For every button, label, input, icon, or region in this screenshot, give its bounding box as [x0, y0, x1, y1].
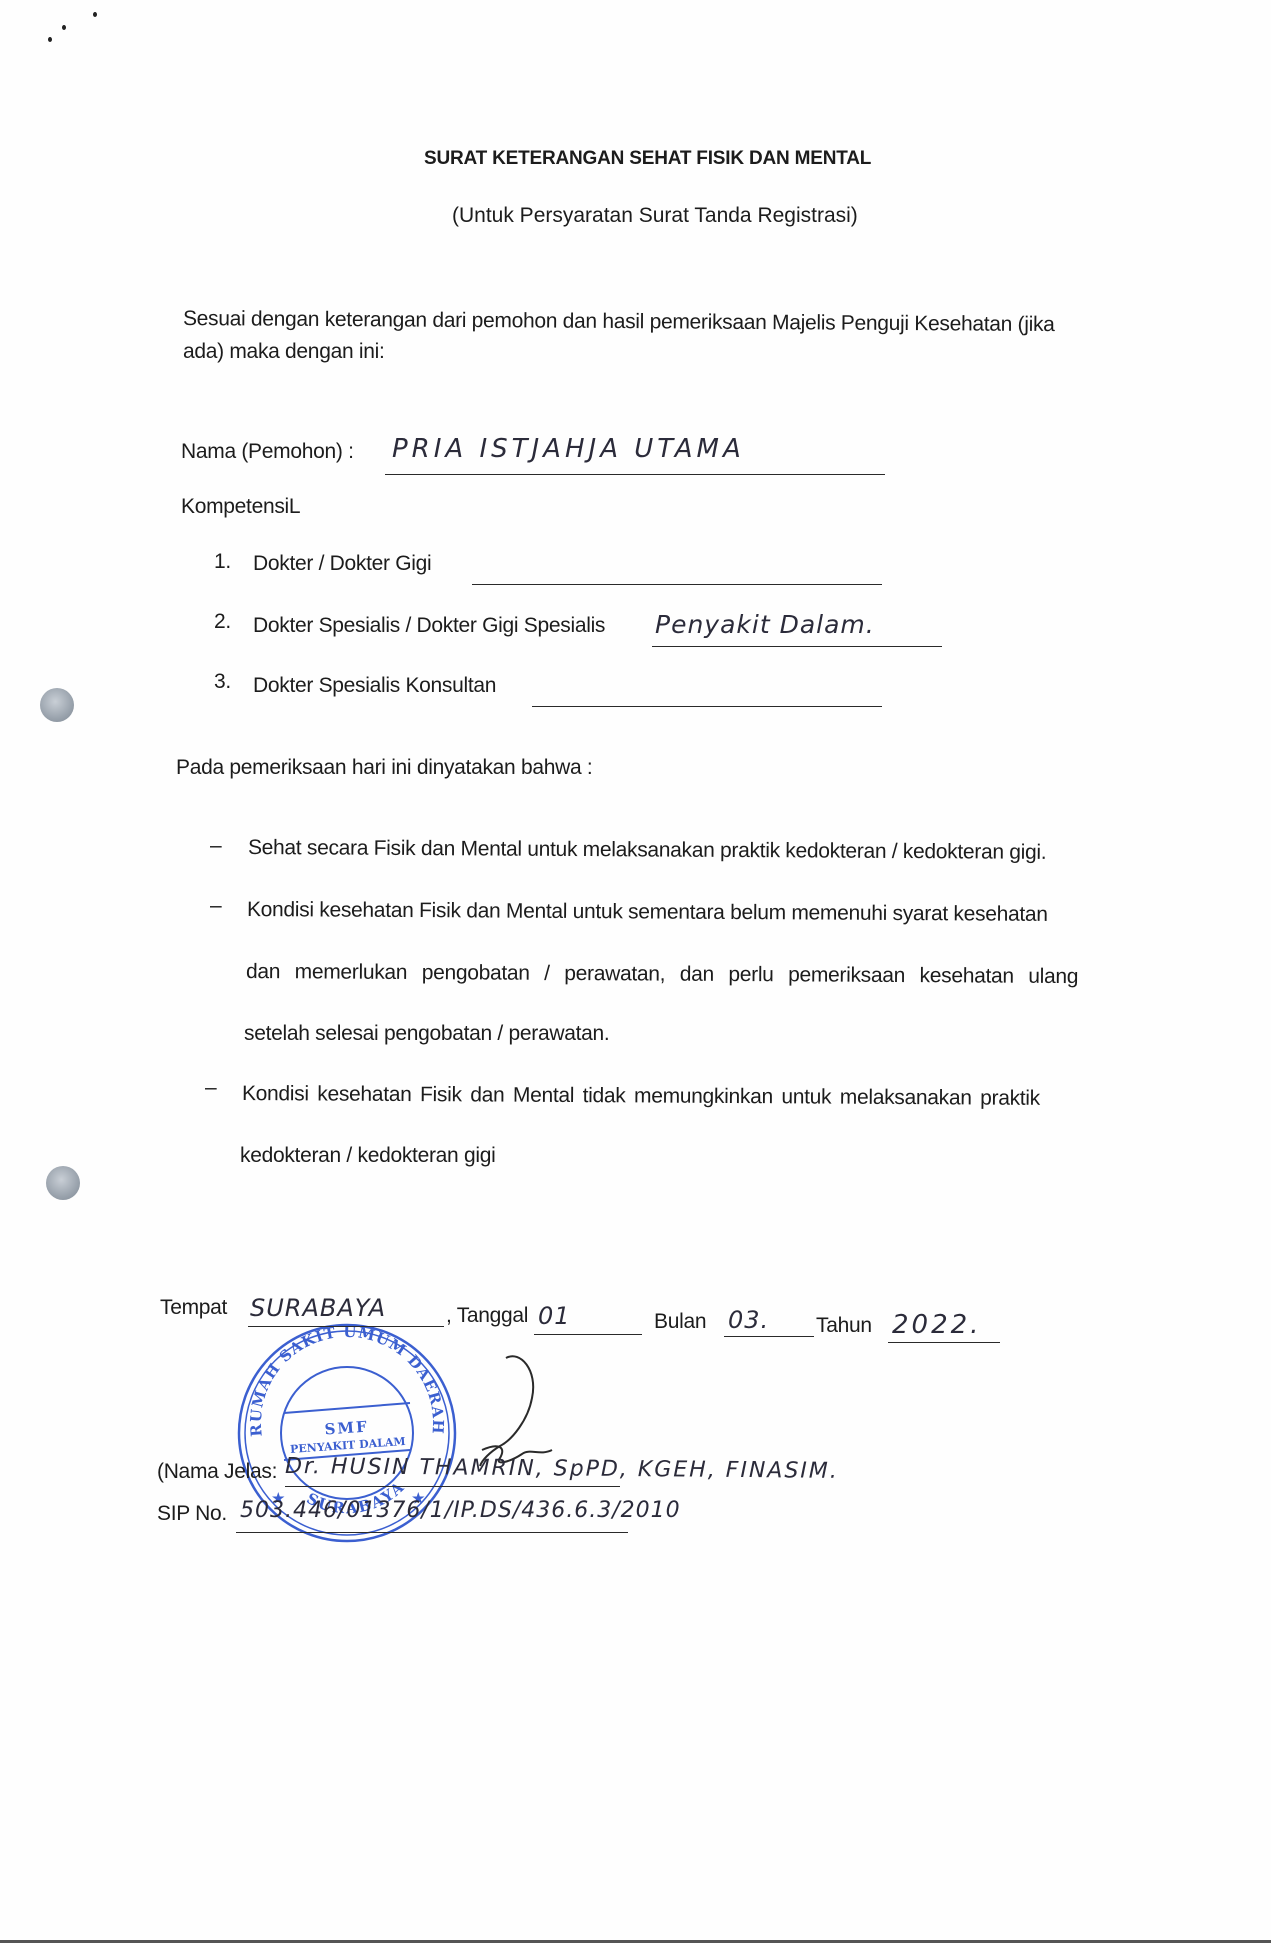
punch-hole [46, 1166, 80, 1200]
competency-underline-1 [472, 584, 882, 585]
applicant-value[interactable]: PRIA ISTJAHJA UTAMA [392, 434, 745, 464]
competency-value-2[interactable]: Penyakit Dalam. [655, 610, 875, 639]
competency-underline-2 [652, 646, 942, 647]
statement-bullet: – [210, 894, 221, 918]
place-value[interactable]: SURABAYA [250, 1294, 386, 1322]
svg-text:PENYAKIT DALAM: PENYAKIT DALAM [290, 1435, 406, 1456]
signer-name-value[interactable]: Dr. HUSIN THAMRIN, SpPD, KGEH, FINASIM. [285, 1454, 839, 1484]
month-underline [724, 1336, 814, 1337]
svg-text:SMF: SMF [324, 1417, 369, 1438]
document-subtitle: (Untuk Persyaratan Surat Tanda Registras… [452, 204, 858, 228]
date-label: , Tanggal [446, 1304, 528, 1328]
month-label: Bulan [654, 1310, 706, 1334]
sip-underline [236, 1532, 628, 1533]
scan-speck [93, 12, 97, 17]
place-label: Tempat [160, 1296, 227, 1320]
date-value[interactable]: 01 [538, 1302, 571, 1330]
signer-name-underline [285, 1486, 620, 1487]
year-underline [888, 1342, 1000, 1343]
competency-label-3: Dokter Spesialis Konsultan [253, 674, 496, 698]
intro-line-2: ada) maka dengan ini: [183, 340, 385, 364]
punch-hole [40, 688, 74, 722]
competency-label-1: Dokter / Dokter Gigi [253, 552, 431, 576]
applicant-underline [385, 474, 885, 475]
year-label: Tahun [816, 1314, 872, 1338]
competency-number: 3. [214, 670, 231, 694]
document-title: SURAT KETERANGAN SEHAT FISIK DAN MENTAL [424, 148, 871, 170]
competency-label: KompetensiL [181, 495, 300, 519]
statement-bullet: – [210, 834, 221, 858]
signature [470, 1350, 590, 1470]
intro-line-1: Sesuai dengan keterangan dari pemohon da… [183, 307, 1055, 337]
place-underline [248, 1326, 444, 1327]
statement-3-line-2: kedokteran / kedokteran gigi [240, 1144, 495, 1168]
competency-label-2: Dokter Spesialis / Dokter Gigi Spesialis [253, 614, 605, 638]
sip-label: SIP No. [157, 1502, 227, 1526]
competency-underline-3 [532, 706, 882, 707]
statement-2-line-3: setelah selesai pengobatan / perawatan. [244, 1022, 609, 1046]
year-value[interactable]: 2022. [892, 1310, 981, 1340]
scan-speck [48, 37, 52, 42]
sip-value[interactable]: 503.446/01376/1/IP.DS/436.6.3/2010 [240, 1498, 681, 1523]
statement-2-line-2: dan memerlukan pengobatan / perawatan, d… [246, 960, 1078, 989]
date-underline [534, 1334, 642, 1335]
applicant-label: Nama (Pemohon) : [181, 440, 354, 464]
competency-number: 2. [214, 610, 231, 634]
statement-1-line-1: Sehat secara Fisik dan Mental untuk mela… [248, 836, 1046, 865]
signer-name-label: (Nama Jelas: [157, 1460, 277, 1484]
statement-2-line-1: Kondisi kesehatan Fisik dan Mental untuk… [247, 898, 1048, 927]
statement-bullet: – [205, 1076, 216, 1100]
competency-number: 1. [214, 550, 231, 574]
month-value[interactable]: 03. [728, 1306, 769, 1334]
scan-speck [62, 25, 66, 30]
statement-intro: Pada pemeriksaan hari ini dinyatakan bah… [176, 756, 592, 780]
statement-3-line-1: Kondisi kesehatan Fisik dan Mental tidak… [242, 1082, 1040, 1111]
